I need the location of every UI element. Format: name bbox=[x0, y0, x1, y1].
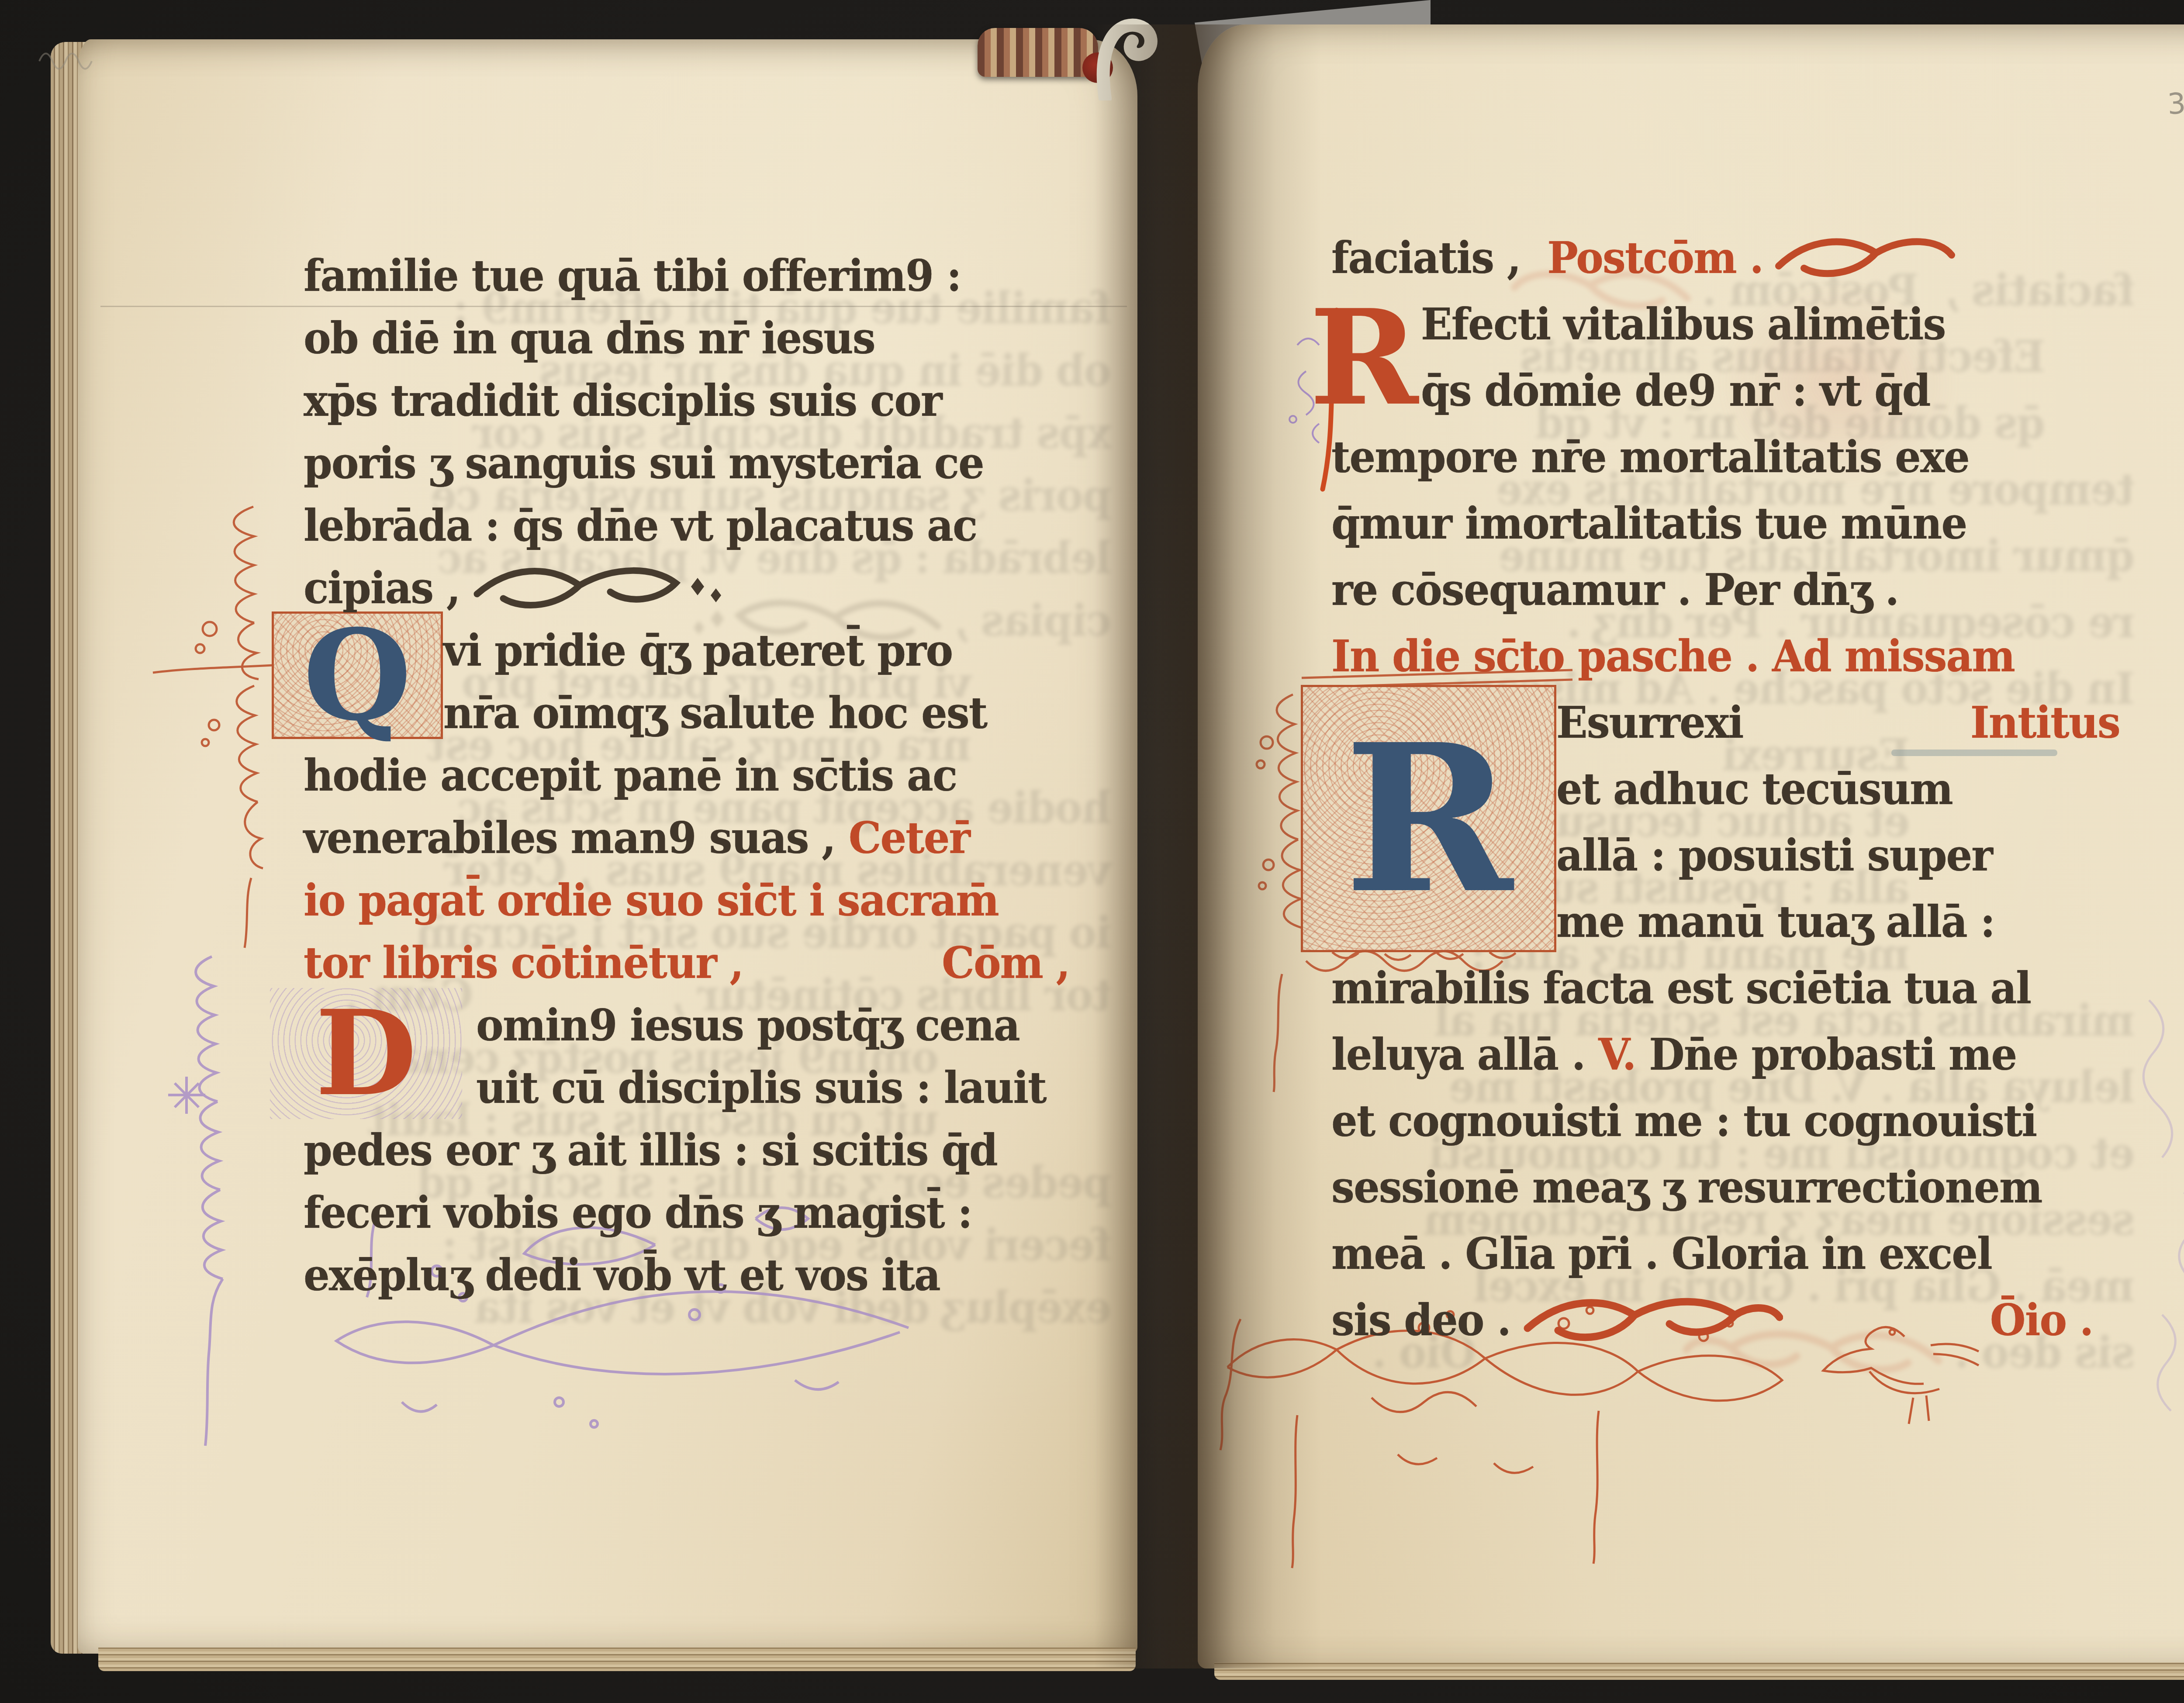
manuscript-line: sessionē meaʒ ʒ resurrectionem bbox=[1331, 1154, 2120, 1221]
manuscript-line: tempore nr̄e mortalitatis exe bbox=[1331, 424, 2120, 491]
text-run: hodie accepit panē in sc̄tis ac bbox=[304, 750, 957, 801]
headband bbox=[978, 28, 1098, 77]
manuscript-line: nr̄a oīmqʒ salute hoc est bbox=[304, 682, 1096, 744]
calligraphic-line-filler bbox=[1510, 1291, 1794, 1350]
rubric-run: Ōio . bbox=[1990, 1295, 2093, 1346]
text-run: et adhuc tecūsum bbox=[1556, 764, 1952, 815]
manuscript-line: meā . Glīa pr̄i . Gloria in excel bbox=[1331, 1221, 2120, 1287]
text-run: q̄s dōmie de9 nr̄ : vt q̄d bbox=[1421, 366, 1930, 417]
text-run: feceri vobis ego dn̄s ʒ magist̄ : bbox=[304, 1187, 972, 1238]
page-edge-stack-bottom bbox=[98, 1648, 1136, 1671]
text-run: Esurrexi bbox=[1556, 698, 1743, 749]
folio-number: 38 bbox=[2167, 86, 2184, 121]
rubric-run: Ceter̄ bbox=[849, 812, 970, 864]
text-run: uit cū disciplis suis : lauit bbox=[476, 1062, 1046, 1113]
manuscript-line: In die sc̄to pasche . Ad missam bbox=[1331, 623, 2120, 690]
text-run: omin9 iesus postq̄ʒ cena bbox=[476, 1000, 1019, 1051]
text-run: venerabiles man9 suas , bbox=[304, 812, 849, 864]
manuscript-line: feceri vobis ego dn̄s ʒ magist̄ : bbox=[304, 1181, 1096, 1244]
text-run: sis deo . bbox=[1331, 1295, 1510, 1346]
manuscript-line: xp̄s tradidit disciplis suis cor bbox=[304, 370, 1096, 432]
text-run: leluya allā . bbox=[1331, 1029, 1598, 1081]
manuscript-line: sis deo .Ōio . bbox=[1331, 1287, 2120, 1354]
rubric-run: In die sc̄to pasche . Ad missam bbox=[1331, 631, 2015, 682]
manuscript-photo: familie tue quā tibi offerim9 :ob diē in… bbox=[0, 0, 2184, 1703]
text-run: poris ʒ sanguis sui mysteria ce bbox=[304, 438, 984, 489]
rubric-run: tor libris cōtinētur , bbox=[304, 937, 743, 988]
text-run: nr̄a oīmqʒ salute hoc est bbox=[443, 687, 987, 739]
manuscript-line: allā : posuisti super bbox=[1331, 822, 2120, 889]
text-run: Efecti vitalibus alimētis bbox=[1421, 299, 1945, 350]
text-run: lebrāda : q̄s dn̄e vt placatus ac bbox=[304, 500, 977, 551]
manuscript-line: vi pridie q̄ʒ pateret̄ pro bbox=[304, 619, 1096, 682]
text-run: sessionē meaʒ ʒ resurrectionem bbox=[1331, 1162, 2042, 1213]
rubric-run: Cōm , bbox=[942, 937, 1069, 988]
manuscript-line: leluya allā . V. Dn̄e probasti me bbox=[1331, 1022, 2120, 1088]
text-run: et cognouisti me : tu cognouisti bbox=[1331, 1096, 2036, 1147]
text-run: mirabilis facta est sciētia tua al bbox=[1331, 963, 2031, 1014]
text-run: me manū tuaʒ allā : bbox=[1556, 897, 1994, 948]
text-run bbox=[2093, 1295, 2120, 1346]
calligraphic-line-filler bbox=[460, 561, 743, 615]
rubric-run: Intitus bbox=[1970, 698, 2120, 749]
manuscript-line: tor libris cōtinētur ,Cōm , bbox=[304, 932, 1096, 994]
calligraphic-line-filler bbox=[1763, 231, 1967, 285]
manuscript-line: uit cū disciplis suis : lauit bbox=[304, 1057, 1096, 1119]
rubric-run: V. bbox=[1598, 1029, 1635, 1081]
text-run: tempore nr̄e mortalitatis exe bbox=[1331, 432, 1969, 483]
rubric-run: io pagat̄ ordie suo sic̄t i sacram̄ bbox=[304, 875, 999, 926]
text-run: faciatis , bbox=[1331, 233, 1547, 284]
text-run: pedes eor ʒ ait illis : si scitis q̄d bbox=[304, 1125, 997, 1176]
text-run: familie tue quā tibi offerim9 : bbox=[304, 250, 961, 301]
manuscript-line: pedes eor ʒ ait illis : si scitis q̄d bbox=[304, 1119, 1096, 1181]
text-run: cipias , bbox=[304, 563, 460, 614]
rubric-run: Postcōm . bbox=[1547, 233, 1763, 284]
manuscript-line: exēpluʒ dedi vob̄ vt et vos ita bbox=[304, 1244, 1096, 1306]
manuscript-line: EsurrexiIntitus bbox=[1331, 690, 2120, 756]
manuscript-line: et cognouisti me : tu cognouisti bbox=[1331, 1088, 2120, 1154]
text-run: ob diē in qua dn̄s nr̄ iesus bbox=[304, 313, 875, 364]
manuscript-line: lebrāda : q̄s dn̄e vt placatus ac bbox=[304, 494, 1096, 557]
manuscript-line: omin9 iesus postq̄ʒ cena bbox=[304, 994, 1096, 1057]
text-run: re cōsequamur . Per dn̄ʒ . bbox=[1331, 565, 1898, 616]
manuscript-line: ob diē in qua dn̄s nr̄ iesus bbox=[304, 307, 1096, 370]
right-page-text-block: faciatis , Postcōm .Efecti vitalibus ali… bbox=[1331, 225, 2120, 1354]
manuscript-line: re cōsequamur . Per dn̄ʒ . bbox=[1331, 557, 2120, 623]
text-run: xp̄s tradidit disciplis suis cor bbox=[304, 375, 941, 426]
manuscript-line: et adhuc tecūsum bbox=[1331, 756, 2120, 822]
manuscript-line: cipias , bbox=[304, 557, 1096, 619]
page-edge-stack-bottom bbox=[1214, 1662, 2184, 1680]
text-run bbox=[1070, 937, 1096, 988]
manuscript-line: hodie accepit panē in sc̄tis ac bbox=[304, 744, 1096, 807]
show-through-underline bbox=[1891, 750, 2057, 756]
manuscript-line: poris ʒ sanguis sui mysteria ce bbox=[304, 432, 1096, 494]
left-page-text-block: familie tue quā tibi offerim9 :ob diē in… bbox=[304, 245, 1096, 1306]
manuscript-line: mirabilis facta est sciētia tua al bbox=[1331, 955, 2120, 1022]
manuscript-line: q̄mur imortalitatis tue mūne bbox=[1331, 491, 2120, 557]
manuscript-line: q̄s dōmie de9 nr̄ : vt q̄d bbox=[1331, 358, 2120, 424]
manuscript-line: Efecti vitalibus alimētis bbox=[1331, 291, 2120, 358]
text-run: q̄mur imortalitatis tue mūne bbox=[1331, 498, 1966, 549]
manuscript-line: io pagat̄ ordie suo sic̄t i sacram̄ bbox=[304, 869, 1096, 932]
manuscript-line: venerabiles man9 suas , Ceter̄ bbox=[304, 807, 1096, 869]
manuscript-line: familie tue quā tibi offerim9 : bbox=[304, 245, 1096, 307]
text-run: vi pridie q̄ʒ pateret̄ pro bbox=[443, 625, 952, 676]
manuscript-line: me manū tuaʒ allā : bbox=[1331, 889, 2120, 955]
manuscript-line: faciatis , Postcōm . bbox=[1331, 225, 2120, 291]
text-run: allā : posuisti super bbox=[1556, 830, 1992, 881]
headband-knot bbox=[1082, 52, 1113, 83]
text-run: meā . Glīa pr̄i . Gloria in excel bbox=[1331, 1229, 1992, 1280]
text-run: Dn̄e probasti me bbox=[1635, 1029, 2016, 1081]
text-run: exēpluʒ dedi vob̄ vt et vos ita bbox=[304, 1250, 940, 1301]
